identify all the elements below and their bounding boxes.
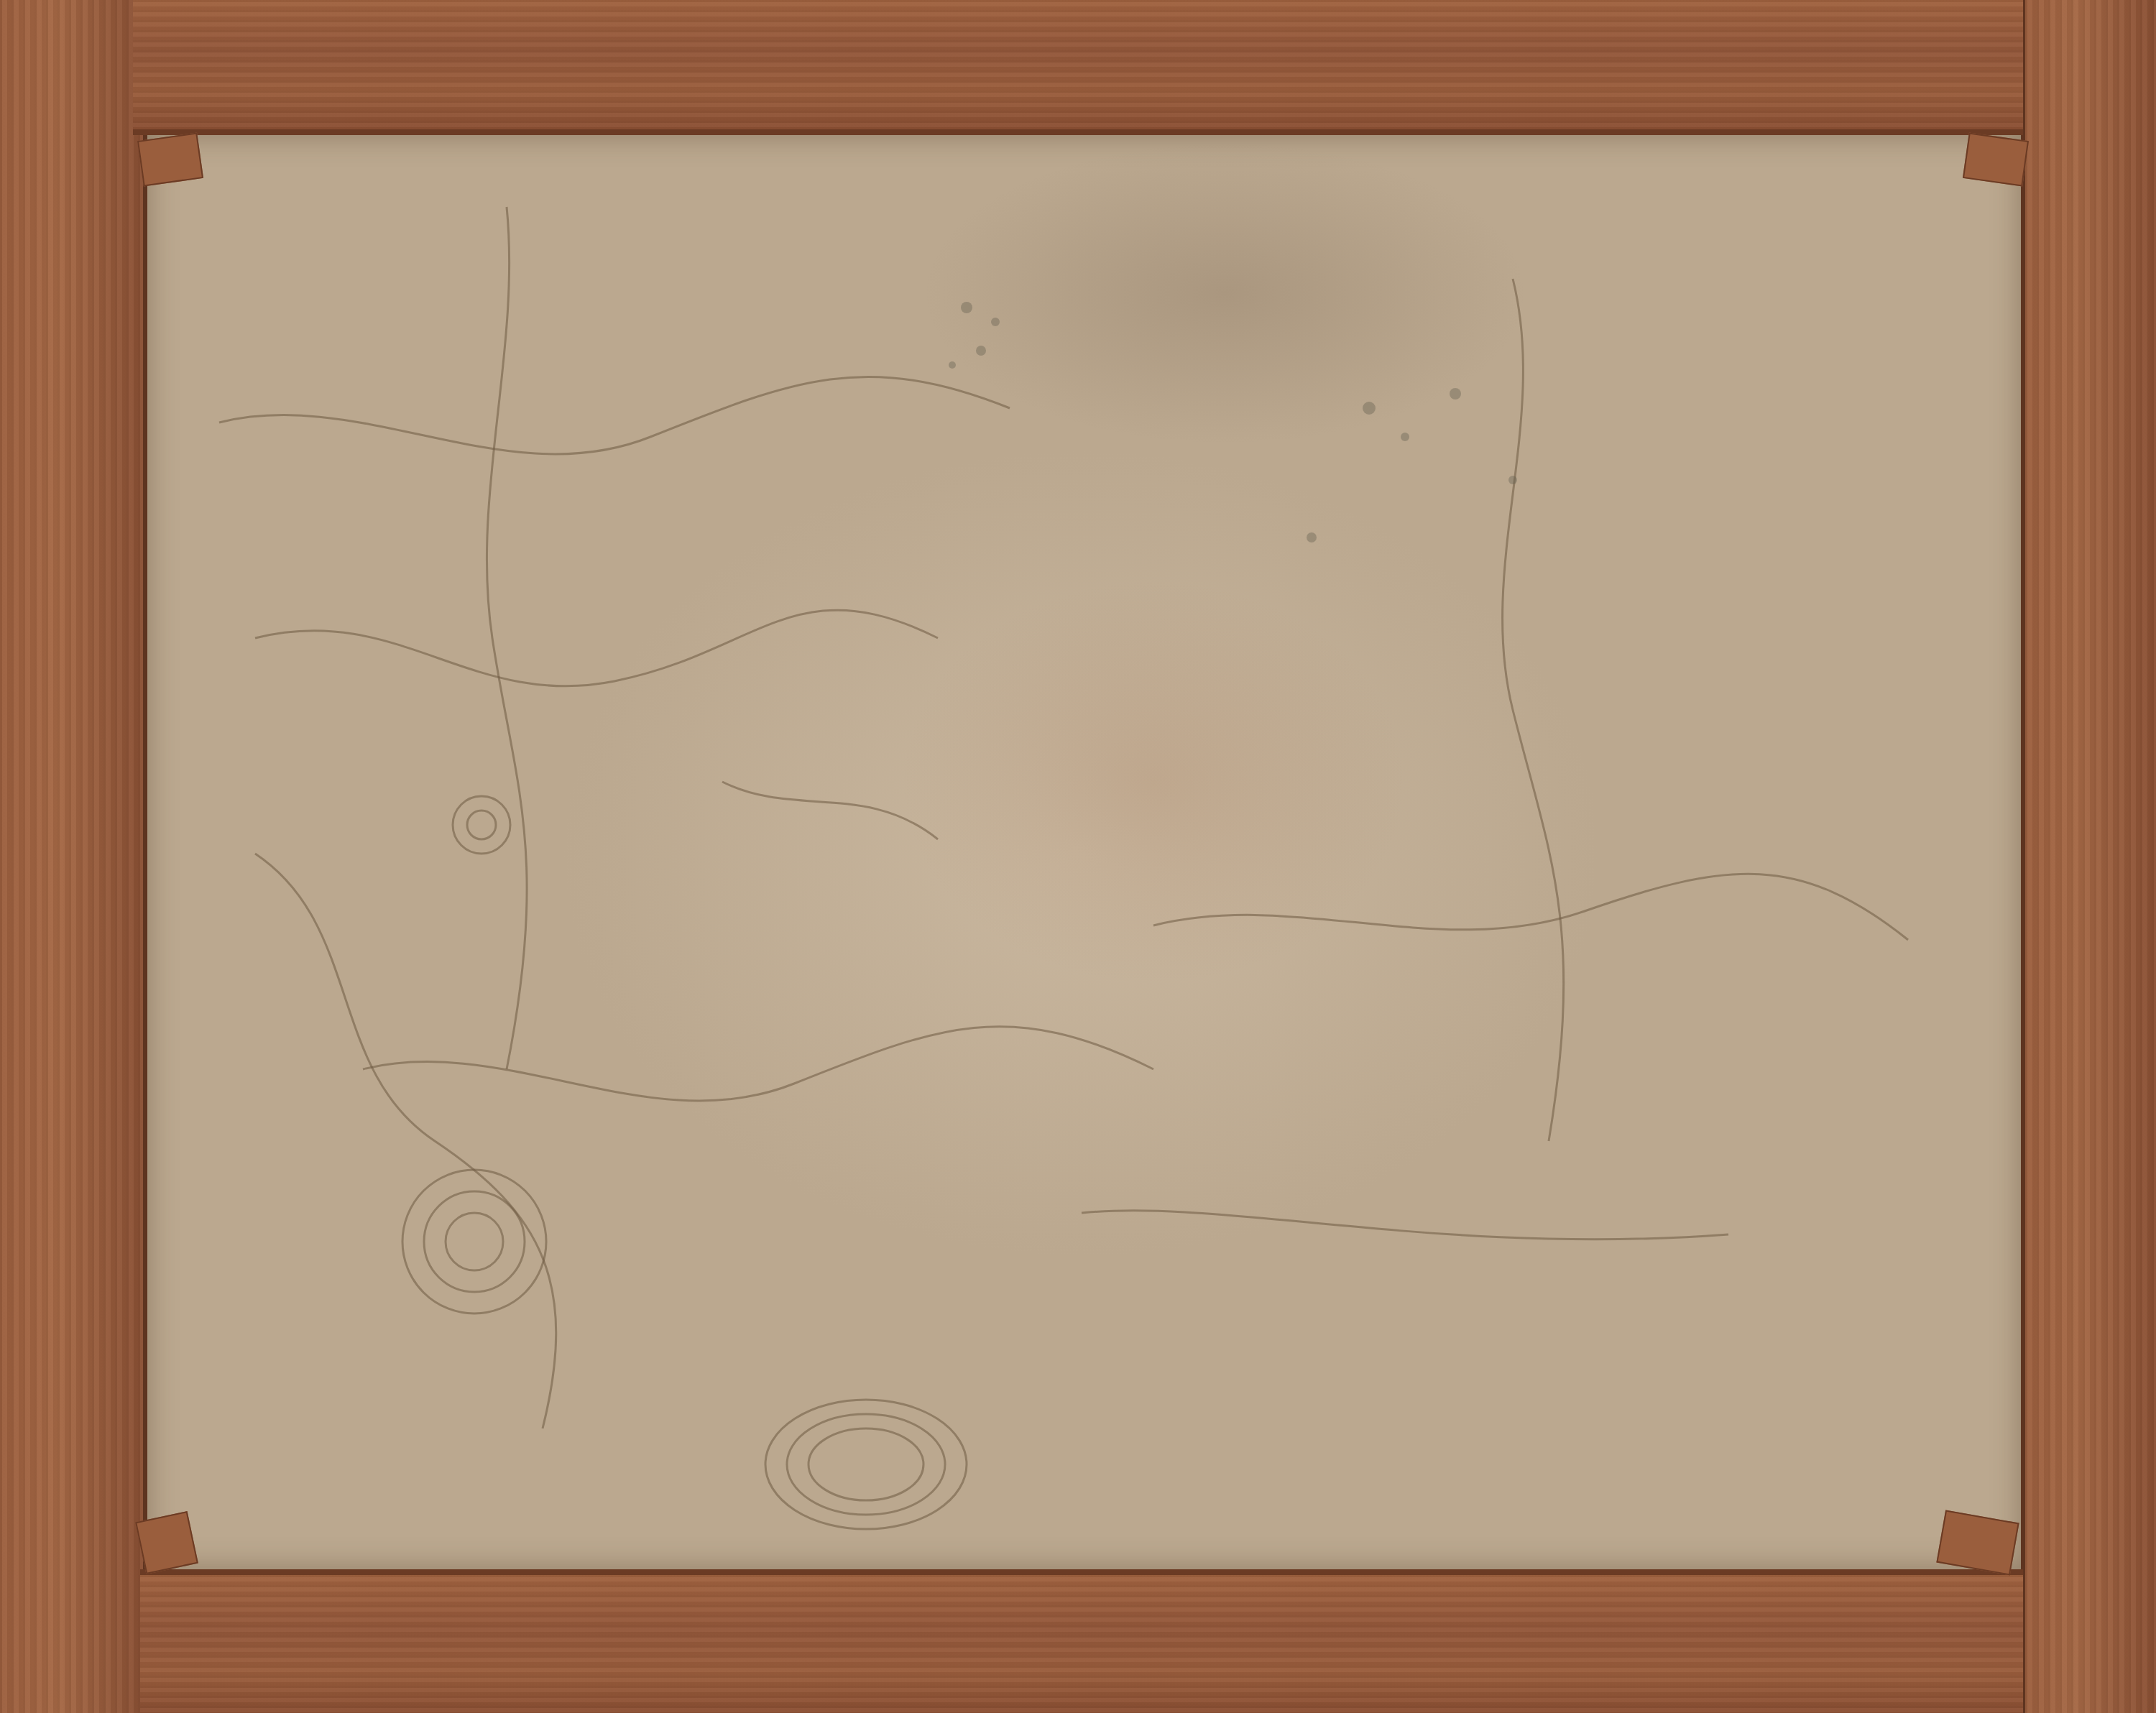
- stretcher-bar-right: [2021, 0, 2156, 1713]
- craquelure-pattern: [147, 135, 2021, 1569]
- canvas-back: [147, 135, 2021, 1569]
- stretcher-bar-left: [0, 0, 147, 1713]
- corner-key-top-right: [1963, 132, 2029, 186]
- stretcher-bar-top: [133, 0, 2023, 135]
- corner-key-bottom-left: [135, 1511, 198, 1574]
- stretcher-bar-bottom: [140, 1569, 2023, 1713]
- corner-key-top-left: [137, 132, 203, 186]
